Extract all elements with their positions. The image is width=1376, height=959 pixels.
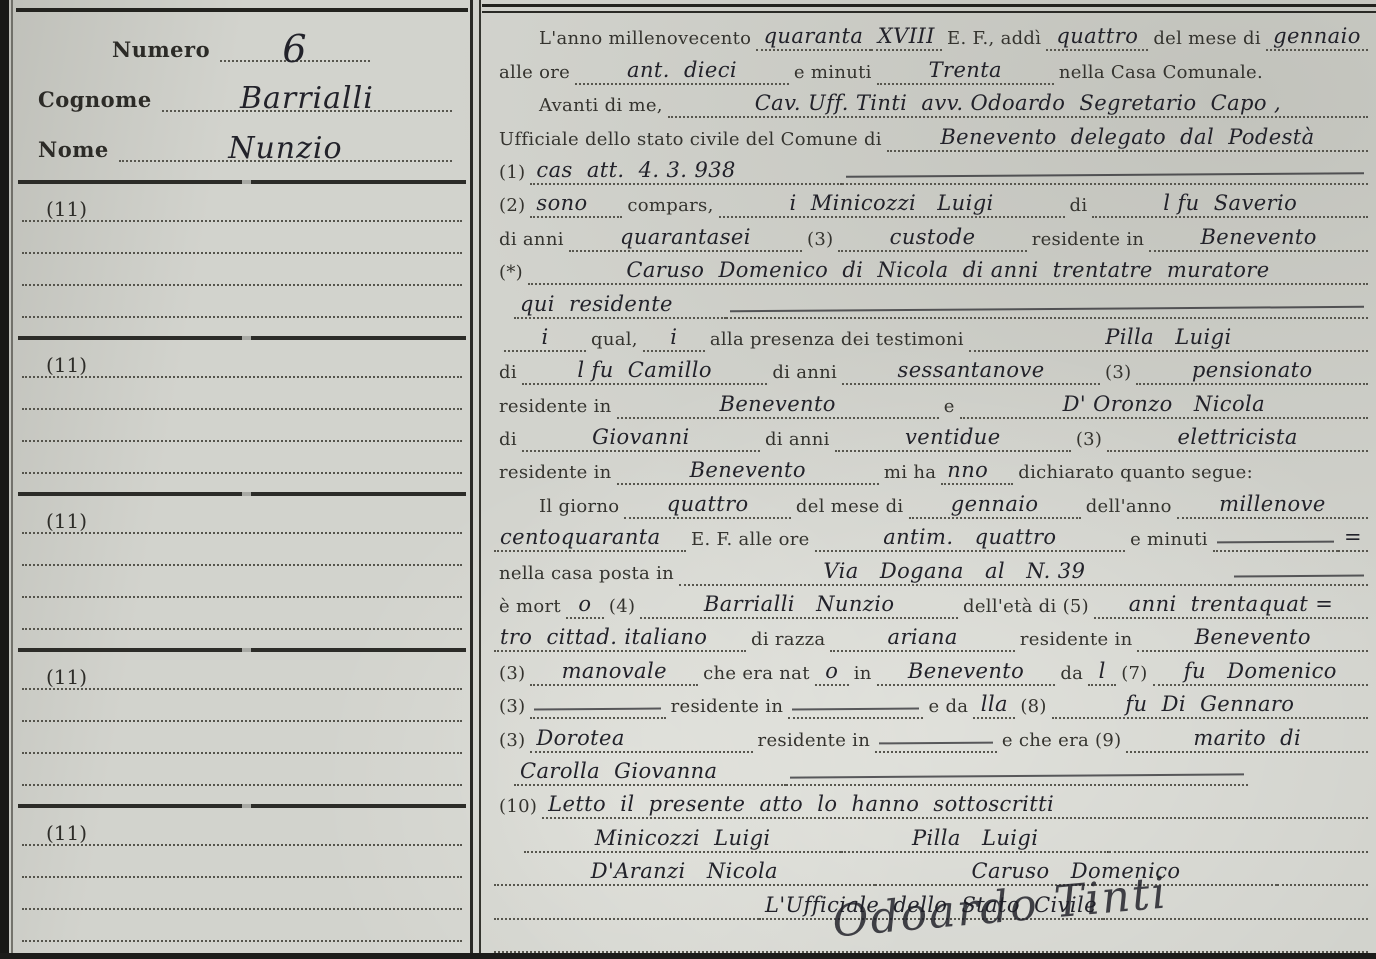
ruled-line [22, 598, 462, 630]
form-line: è morto(4)Barrialli Nunziodell'età di (5… [494, 586, 1368, 619]
printed-text: in [849, 661, 877, 686]
handwritten-entry: fu Di Gennaro [1052, 692, 1368, 719]
pen-stroke [1230, 584, 1368, 586]
ruled-line [22, 442, 462, 474]
handwritten-entry: gennaio [1266, 24, 1368, 51]
form-line: Avanti di me,Cav. Uff. Tinti avv. Odoard… [494, 85, 1368, 118]
printed-text: di [494, 360, 522, 385]
form-line: L'Ufficiale dello Stato Civile [494, 886, 1368, 919]
ruled-line: (11) [22, 346, 462, 378]
form-line: qui residente [494, 285, 1368, 318]
ruled-line [22, 690, 462, 722]
margin-note-blocks: (11)(11)(11)(11)(11) [16, 184, 468, 942]
pen-stroke [875, 751, 997, 753]
numero-value: 6 [220, 38, 370, 62]
margin-note-block: (11) [16, 184, 468, 318]
handwritten-entry: D' Oronzo Nicola [960, 392, 1368, 419]
handwritten-entry: quaranta [756, 24, 870, 51]
handwritten-entry: l [1088, 659, 1116, 686]
form-line [494, 920, 1368, 953]
ruled-line [22, 222, 462, 254]
printed-text: (1) [494, 160, 530, 185]
handwritten-entry: XVIII [871, 24, 943, 51]
printed-text: (10) [494, 794, 542, 819]
handwritten-entry: o [566, 592, 604, 619]
handwritten-entry: Dorotea [530, 726, 752, 753]
pen-stroke [788, 717, 923, 719]
ruled-line [22, 754, 462, 786]
handwritten-entry: qui residente [514, 292, 726, 319]
form-line: (3)residente ine dalla(8)fu Di Gennaro [494, 686, 1368, 719]
handwritten-entry: Benevento [617, 458, 879, 485]
handwritten-entry: i Minicozzi Luigi [719, 191, 1065, 218]
form-line: (10)Letto il presente atto lo hanno sott… [494, 786, 1368, 819]
handwritten-entry: marito di [1126, 726, 1368, 753]
ruled-line [22, 254, 462, 286]
printed-text: (3) [1100, 360, 1136, 385]
printed-text: dichiarato quanto segue: [1013, 460, 1258, 485]
printed-text: alla presenza dei testimoni [705, 327, 969, 352]
form-line: Ufficiale dello stato civile del Comune … [494, 118, 1368, 151]
margin-note-block: (11) [16, 652, 468, 786]
printed-text: dell'età di (5) [958, 594, 1094, 619]
handwritten-entry: Letto il presente atto lo hanno sottoscr… [542, 792, 1368, 819]
handwritten-entry: ventidue [835, 425, 1071, 452]
margin-note-block: (11) [16, 496, 468, 630]
margin-note-label: (11) [22, 666, 87, 688]
form-line: D'Aranzi NicolaCaruso Domenico [494, 853, 1368, 886]
handwritten-entry: L'Ufficiale dello Stato Civile [759, 893, 1103, 920]
margin-note-label: (11) [22, 822, 87, 844]
form-line: L'anno millenovecentoquarantaXVIIIE. F.,… [494, 18, 1368, 51]
printed-text: residente in [1015, 627, 1138, 652]
printed-text: (3) [802, 227, 838, 252]
handwritten-entry: quattro [624, 492, 790, 519]
ruled-line: (11) [22, 814, 462, 846]
printed-text: residente in [494, 394, 617, 419]
printed-text: Il giorno [534, 494, 624, 519]
printed-text: e che era (9) [997, 728, 1127, 753]
margin-column: Numero 6 Cognome Barrialli Nome Nunzio (… [16, 12, 468, 942]
form-line: (2)sonocompars,i Minicozzi Luigidil fu S… [494, 185, 1368, 218]
nome-field: Nome Nunzio [16, 112, 468, 162]
ruled-line [22, 566, 462, 598]
handwritten-entry: i [504, 325, 586, 352]
pen-stroke [530, 717, 665, 719]
printed-text: di anni [760, 427, 835, 452]
pen-stroke [786, 784, 1248, 786]
handwritten-entry: Benevento [1137, 625, 1368, 652]
printed-text: e da [923, 694, 973, 719]
handwritten-entry: o [815, 659, 849, 686]
cognome-value: Barrialli [162, 88, 452, 112]
handwritten-entry: Benevento [877, 659, 1056, 686]
printed-text: nella Casa Comunale. [1054, 60, 1268, 85]
margin-note-block: (11) [16, 340, 468, 474]
handwritten-entry: Benevento [617, 392, 939, 419]
handwritten-entry: Caruso Domenico di Nicola di anni trenta… [528, 258, 1368, 285]
printed-text: di [1065, 193, 1093, 218]
form-line: residente inBeneventomi hannodichiarato … [494, 452, 1368, 485]
handwritten-entry: millenove [1177, 492, 1368, 519]
top-frame-line-right-inner [482, 11, 1376, 13]
printed-text: (3) [494, 694, 530, 719]
handwritten-entry: anni trentaquat = [1094, 592, 1368, 619]
form-line: Minicozzi LuigiPilla Luigi [494, 819, 1368, 852]
nome-value: Nunzio [119, 138, 452, 162]
printed-text: (4) [604, 594, 640, 619]
printed-text: nella casa posta in [494, 561, 679, 586]
handwritten-entry: D'Aranzi Nicola [494, 859, 875, 886]
printed-text: residente in [753, 728, 876, 753]
cognome-field: Cognome Barrialli [16, 62, 468, 112]
printed-text: e minuti [1125, 527, 1213, 552]
printed-text: (2) [494, 193, 530, 218]
printed-text: (8) [1015, 694, 1051, 719]
death-record-scan: Numero 6 Cognome Barrialli Nome Nunzio (… [0, 0, 1376, 959]
handwritten-entry: Benevento [1149, 225, 1368, 252]
handwritten-entry: lla [973, 692, 1015, 719]
printed-text: (*) [494, 260, 528, 285]
form-line: (3)Dorotearesidente ine che era (9)marit… [494, 719, 1368, 752]
printed-text: di anni [494, 227, 569, 252]
printed-text: da [1055, 661, 1088, 686]
ruled-line [22, 910, 462, 942]
handwritten-entry: quarantasei [569, 225, 802, 252]
printed-text: E. F., addì [942, 26, 1046, 51]
bottom-frame-line [0, 953, 1376, 959]
nome-label: Nome [38, 137, 119, 162]
printed-text: (3) [1071, 427, 1107, 452]
form-line: nella casa posta inVia Dogana al N. 39 [494, 552, 1368, 585]
handwritten-entry: ant. dieci [575, 58, 789, 85]
printed-text: Avanti di me, [534, 93, 668, 118]
handwritten-entry: Pilla Luigi [841, 826, 1109, 853]
handwritten-entry: gennaio [909, 492, 1081, 519]
printed-text: che era nat [698, 661, 815, 686]
handwritten-entry: sono [530, 191, 622, 218]
pen-stroke [1213, 550, 1338, 552]
handwritten-entry: custode [838, 225, 1026, 252]
ruled-line: (11) [22, 658, 462, 690]
ruled-line [22, 378, 462, 410]
printed-text: di razza [746, 627, 830, 652]
form-line: alle oreant. diecie minutiTrentanella Ca… [494, 51, 1368, 84]
handwritten-entry: = [1338, 525, 1368, 552]
printed-text: (3) [494, 661, 530, 686]
printed-text: compars, [622, 193, 718, 218]
column-divider-outer [470, 0, 473, 959]
handwritten-entry: manovale [530, 659, 698, 686]
form-line: Carolla Giovanna [494, 753, 1368, 786]
printed-text: qual, [586, 327, 643, 352]
handwritten-entry: l fu Saverio [1092, 191, 1368, 218]
ruled-line [22, 534, 462, 566]
form-line: residente inBeneventoeD' Oronzo Nicola [494, 385, 1368, 418]
pen-stroke [842, 183, 1368, 185]
ruled-line [22, 846, 462, 878]
numero-label: Numero [112, 37, 220, 62]
handwritten-entry: Pilla Luigi [969, 325, 1368, 352]
printed-text: E. F. alle ore [686, 527, 815, 552]
form-line: (*)Caruso Domenico di Nicola di anni tre… [494, 252, 1368, 285]
handwritten-entry: fu Domenico [1153, 659, 1368, 686]
form-line: Il giornoquattrodel mese digennaiodell'a… [494, 485, 1368, 518]
handwritten-entry: Barrialli Nunzio [640, 592, 958, 619]
form-line: diGiovannidi anniventidue(3)elettricista [494, 419, 1368, 452]
left-frame-line [11, 0, 13, 959]
handwritten-entry: elettricista [1107, 425, 1368, 452]
handwritten-entry: pensionato [1136, 358, 1368, 385]
printed-text: (3) [494, 728, 530, 753]
margin-note-block: (11) [16, 808, 468, 942]
dotted-blank [494, 951, 1368, 953]
handwritten-entry: Via Dogana al N. 39 [679, 559, 1230, 586]
printed-text: residente in [666, 694, 789, 719]
handwritten-entry: cas att. 4. 3. 938 [530, 158, 842, 185]
form-line: centoquarantaE. F. alle oreantim. quattr… [494, 519, 1368, 552]
form-column: L'anno millenovecentoquarantaXVIIIE. F.,… [494, 18, 1368, 953]
form-line: iqual,ialla presenza dei testimoniPilla … [494, 319, 1368, 352]
handwritten-entry: quattro [1046, 24, 1148, 51]
pen-stroke [726, 317, 1368, 319]
top-frame-line-right [482, 4, 1376, 7]
ruled-line [22, 286, 462, 318]
handwritten-entry: nno [941, 458, 1013, 485]
printed-text: L'anno millenovecento [534, 26, 756, 51]
handwritten-entry: Giovanni [522, 425, 760, 452]
handwritten-entry: Caruso Domenico [875, 859, 1277, 886]
printed-text: e minuti [789, 60, 877, 85]
form-line: (1)cas att. 4. 3. 938 [494, 152, 1368, 185]
margin-note-label: (11) [22, 510, 87, 532]
handwritten-entry: Trenta [877, 58, 1054, 85]
printed-text: mi ha [879, 460, 941, 485]
form-line: di anniquarantasei(3)custoderesidente in… [494, 218, 1368, 251]
printed-text: e [939, 394, 960, 419]
handwritten-entry: antim. quattro [815, 525, 1125, 552]
handwritten-entry: Minicozzi Luigi [524, 826, 841, 853]
margin-note-label: (11) [22, 198, 87, 220]
printed-text: di [494, 427, 522, 452]
handwritten-entry: tro cittad. italiano [494, 625, 746, 652]
handwritten-entry: l fu Camillo [522, 358, 767, 385]
printed-text: Ufficiale dello stato civile del Comune … [494, 127, 887, 152]
form-line: dil fu Camillodi annisessantanove(3)pens… [494, 352, 1368, 385]
margin-note-label: (11) [22, 354, 87, 376]
ruled-line [22, 410, 462, 442]
ruled-line [22, 878, 462, 910]
printed-text: residente in [494, 460, 617, 485]
handwritten-entry: i [643, 325, 705, 352]
scan-edge [0, 0, 9, 959]
handwritten-entry: Carolla Giovanna [514, 759, 786, 786]
ruled-line: (11) [22, 502, 462, 534]
handwritten-entry: Cav. Uff. Tinti avv. Odoardo Segretario … [668, 91, 1368, 118]
numero-field: Numero 6 [16, 12, 468, 62]
handwritten-entry: ariana [830, 625, 1014, 652]
printed-text: alle ore [494, 60, 575, 85]
handwritten-entry: centoquaranta [494, 525, 686, 552]
printed-text: del mese di [1148, 26, 1266, 51]
printed-text: (7) [1116, 661, 1152, 686]
ruled-line [22, 722, 462, 754]
printed-text: dell'anno [1081, 494, 1177, 519]
ruled-line: (11) [22, 190, 462, 222]
printed-text: residente in [1027, 227, 1150, 252]
printed-text: è mort [494, 594, 566, 619]
handwritten-entry: Benevento delegato dal Podestà [887, 125, 1368, 152]
form-line: (3)manovaleche era natoinBeneventodal(7)… [494, 652, 1368, 685]
form-line: tro cittad. italianodi razzaarianareside… [494, 619, 1368, 652]
handwritten-entry: sessantanove [842, 358, 1100, 385]
printed-text: di anni [767, 360, 842, 385]
printed-text: del mese di [791, 494, 909, 519]
column-divider-inner [479, 0, 481, 959]
cognome-label: Cognome [38, 87, 162, 112]
